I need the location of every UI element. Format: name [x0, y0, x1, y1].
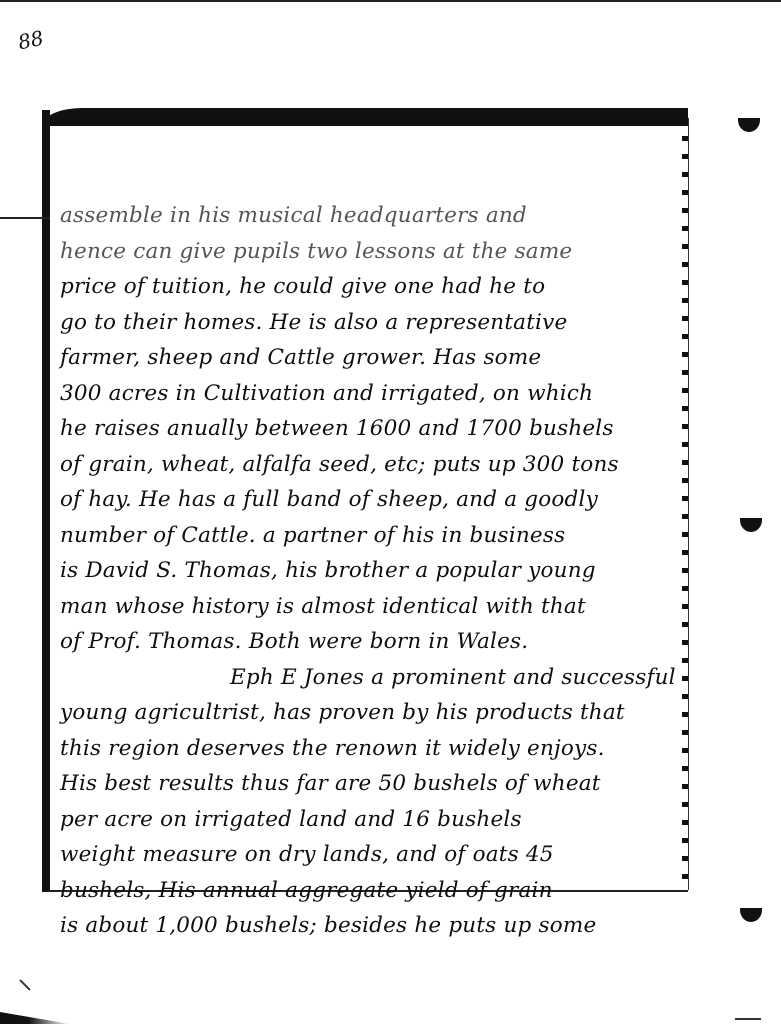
binder-hole-icon	[738, 118, 760, 132]
text-line: of grain, wheat, alfalfa seed, etc; puts…	[60, 447, 685, 483]
text-line: price of tuition, he could give one had …	[60, 269, 685, 305]
text-line: is David S. Thomas, his brother a popula…	[60, 553, 685, 589]
text-line: 300 acres in Cultivation and irrigated, …	[60, 376, 685, 412]
text-line: this region deserves the renown it widel…	[60, 731, 685, 767]
text-line: bushels, His annual aggregate yield of g…	[60, 873, 685, 909]
scan-mark	[19, 979, 30, 990]
binder-hole-icon	[740, 518, 762, 532]
text-line: assemble in his musical headquarters and	[60, 198, 685, 234]
text-line: weight measure on dry lands, and of oats…	[60, 837, 685, 873]
text-line: per acre on irrigated land and 16 bushel…	[60, 802, 685, 838]
text-line-paragraph-start: Eph E Jones a prominent and successful	[60, 660, 685, 696]
margin-mark	[0, 217, 50, 219]
text-line: hence can give pupils two lessons at the…	[60, 234, 685, 270]
text-line: man whose history is almost identical wi…	[60, 589, 685, 625]
text-line: farmer, sheep and Cattle grower. Has som…	[60, 340, 685, 376]
scan-top-edge	[0, 0, 781, 2]
text-line: is about 1,000 bushels; besides he puts …	[60, 908, 685, 944]
page-number: 88	[16, 26, 46, 55]
handwritten-text: assemble in his musical headquarters and…	[60, 198, 685, 944]
text-line: he raises anually between 1600 and 1700 …	[60, 411, 685, 447]
text-line: go to their homes. He is also a represen…	[60, 305, 685, 341]
binder-hole-icon	[740, 908, 762, 922]
text-line: of Prof. Thomas. Both were born in Wales…	[60, 624, 685, 660]
text-line: young agricultrist, has proven by his pr…	[60, 695, 685, 731]
scan-mark	[735, 1018, 761, 1020]
text-line: His best results thus far are 50 bushels…	[60, 766, 685, 802]
text-line: number of Cattle. a partner of his in bu…	[60, 518, 685, 554]
scan-smudge	[0, 1012, 70, 1024]
text-line: of hay. He has a full band of sheep, and…	[60, 482, 685, 518]
